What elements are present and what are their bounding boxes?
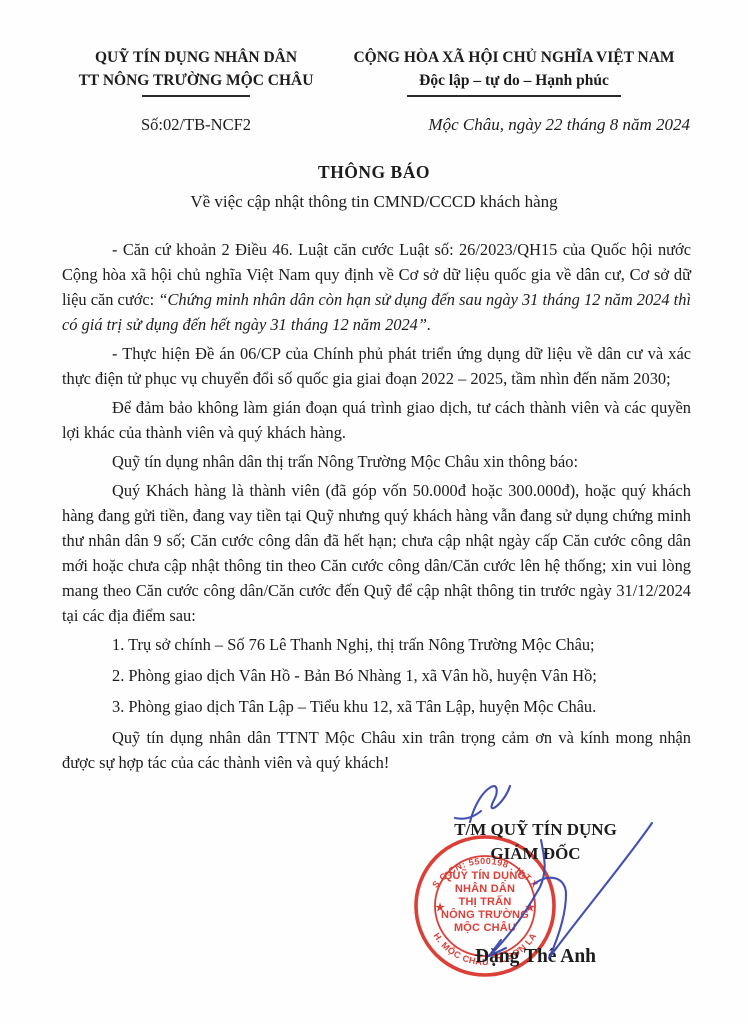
national-line1: CỘNG HÒA XÃ HỘI CHỦ NGHĨA VIỆT NAM — [338, 46, 690, 69]
handwritten-signature — [440, 770, 672, 978]
signature-cross-stamp-stroke — [489, 840, 545, 956]
letterhead: QUỸ TÍN DỤNG NHÂN DÂN TT NÔNG TRƯỜNG MỘC… — [0, 0, 748, 97]
document-body: - Căn cứ khoản 2 Điều 46. Luật căn cước … — [0, 212, 748, 775]
location-item-1: 1. Trụ sở chính – Số 76 Lê Thanh Nghị, t… — [62, 632, 691, 657]
document-page: QUỸ TÍN DỤNG NHÂN DÂN TT NÔNG TRƯỜNG MỘC… — [0, 0, 748, 1024]
signature-flourish-loop — [470, 786, 510, 822]
issuer-line2: TT NÔNG TRƯỜNG MỘC CHÂU — [60, 69, 332, 92]
document-number: Số:02/TB-NCF2 — [60, 115, 332, 135]
document-subtitle: Về việc cập nhật thông tin CMND/CCCD khá… — [0, 192, 748, 212]
location-item-2: 2. Phòng giao dịch Vân Hồ - Bản Bó Nhàng… — [62, 663, 691, 688]
document-title: THÔNG BÁO — [0, 162, 748, 183]
paragraph-closing: Quỹ tín dụng nhân dân TTNT Mộc Châu xin … — [62, 725, 691, 775]
issuer-block: QUỸ TÍN DỤNG NHÂN DÂN TT NÔNG TRƯỜNG MỘC… — [60, 46, 332, 97]
motto-underline — [407, 95, 621, 97]
location-item-3: 3. Phòng giao dịch Tân Lập – Tiểu khu 12… — [62, 694, 691, 719]
paragraph-project-06cp: - Thực hiện Đề án 06/CP của Chính phủ ph… — [62, 341, 691, 391]
national-line2: Độc lập – tự do – Hạnh phúc — [338, 69, 690, 92]
issuer-line1: QUỸ TÍN DỤNG NHÂN DÂN — [60, 46, 332, 69]
paragraph-customer-notice: Quý Khách hàng là thành viên (đã góp vốn… — [62, 478, 691, 628]
signature-long-diagonal — [549, 823, 652, 958]
meta-row: Số:02/TB-NCF2 Mộc Châu, ngày 22 tháng 8 … — [0, 97, 748, 135]
signature-flourish-hook — [455, 811, 481, 819]
national-motto-block: CỘNG HÒA XÃ HỘI CHỦ NGHĨA VIỆT NAM Độc l… — [338, 46, 690, 97]
paragraph-legal-basis: - Căn cứ khoản 2 Điều 46. Luật căn cước … — [62, 237, 691, 337]
paragraph-announcement-lead: Quỹ tín dụng nhân dân thị trấn Nông Trườ… — [62, 449, 691, 474]
place-and-date: Mộc Châu, ngày 22 tháng 8 năm 2024 — [338, 115, 690, 135]
issuer-underline — [142, 95, 250, 97]
paragraph-purpose: Để đảm bảo không làm gián đoạn quá trình… — [62, 395, 691, 445]
